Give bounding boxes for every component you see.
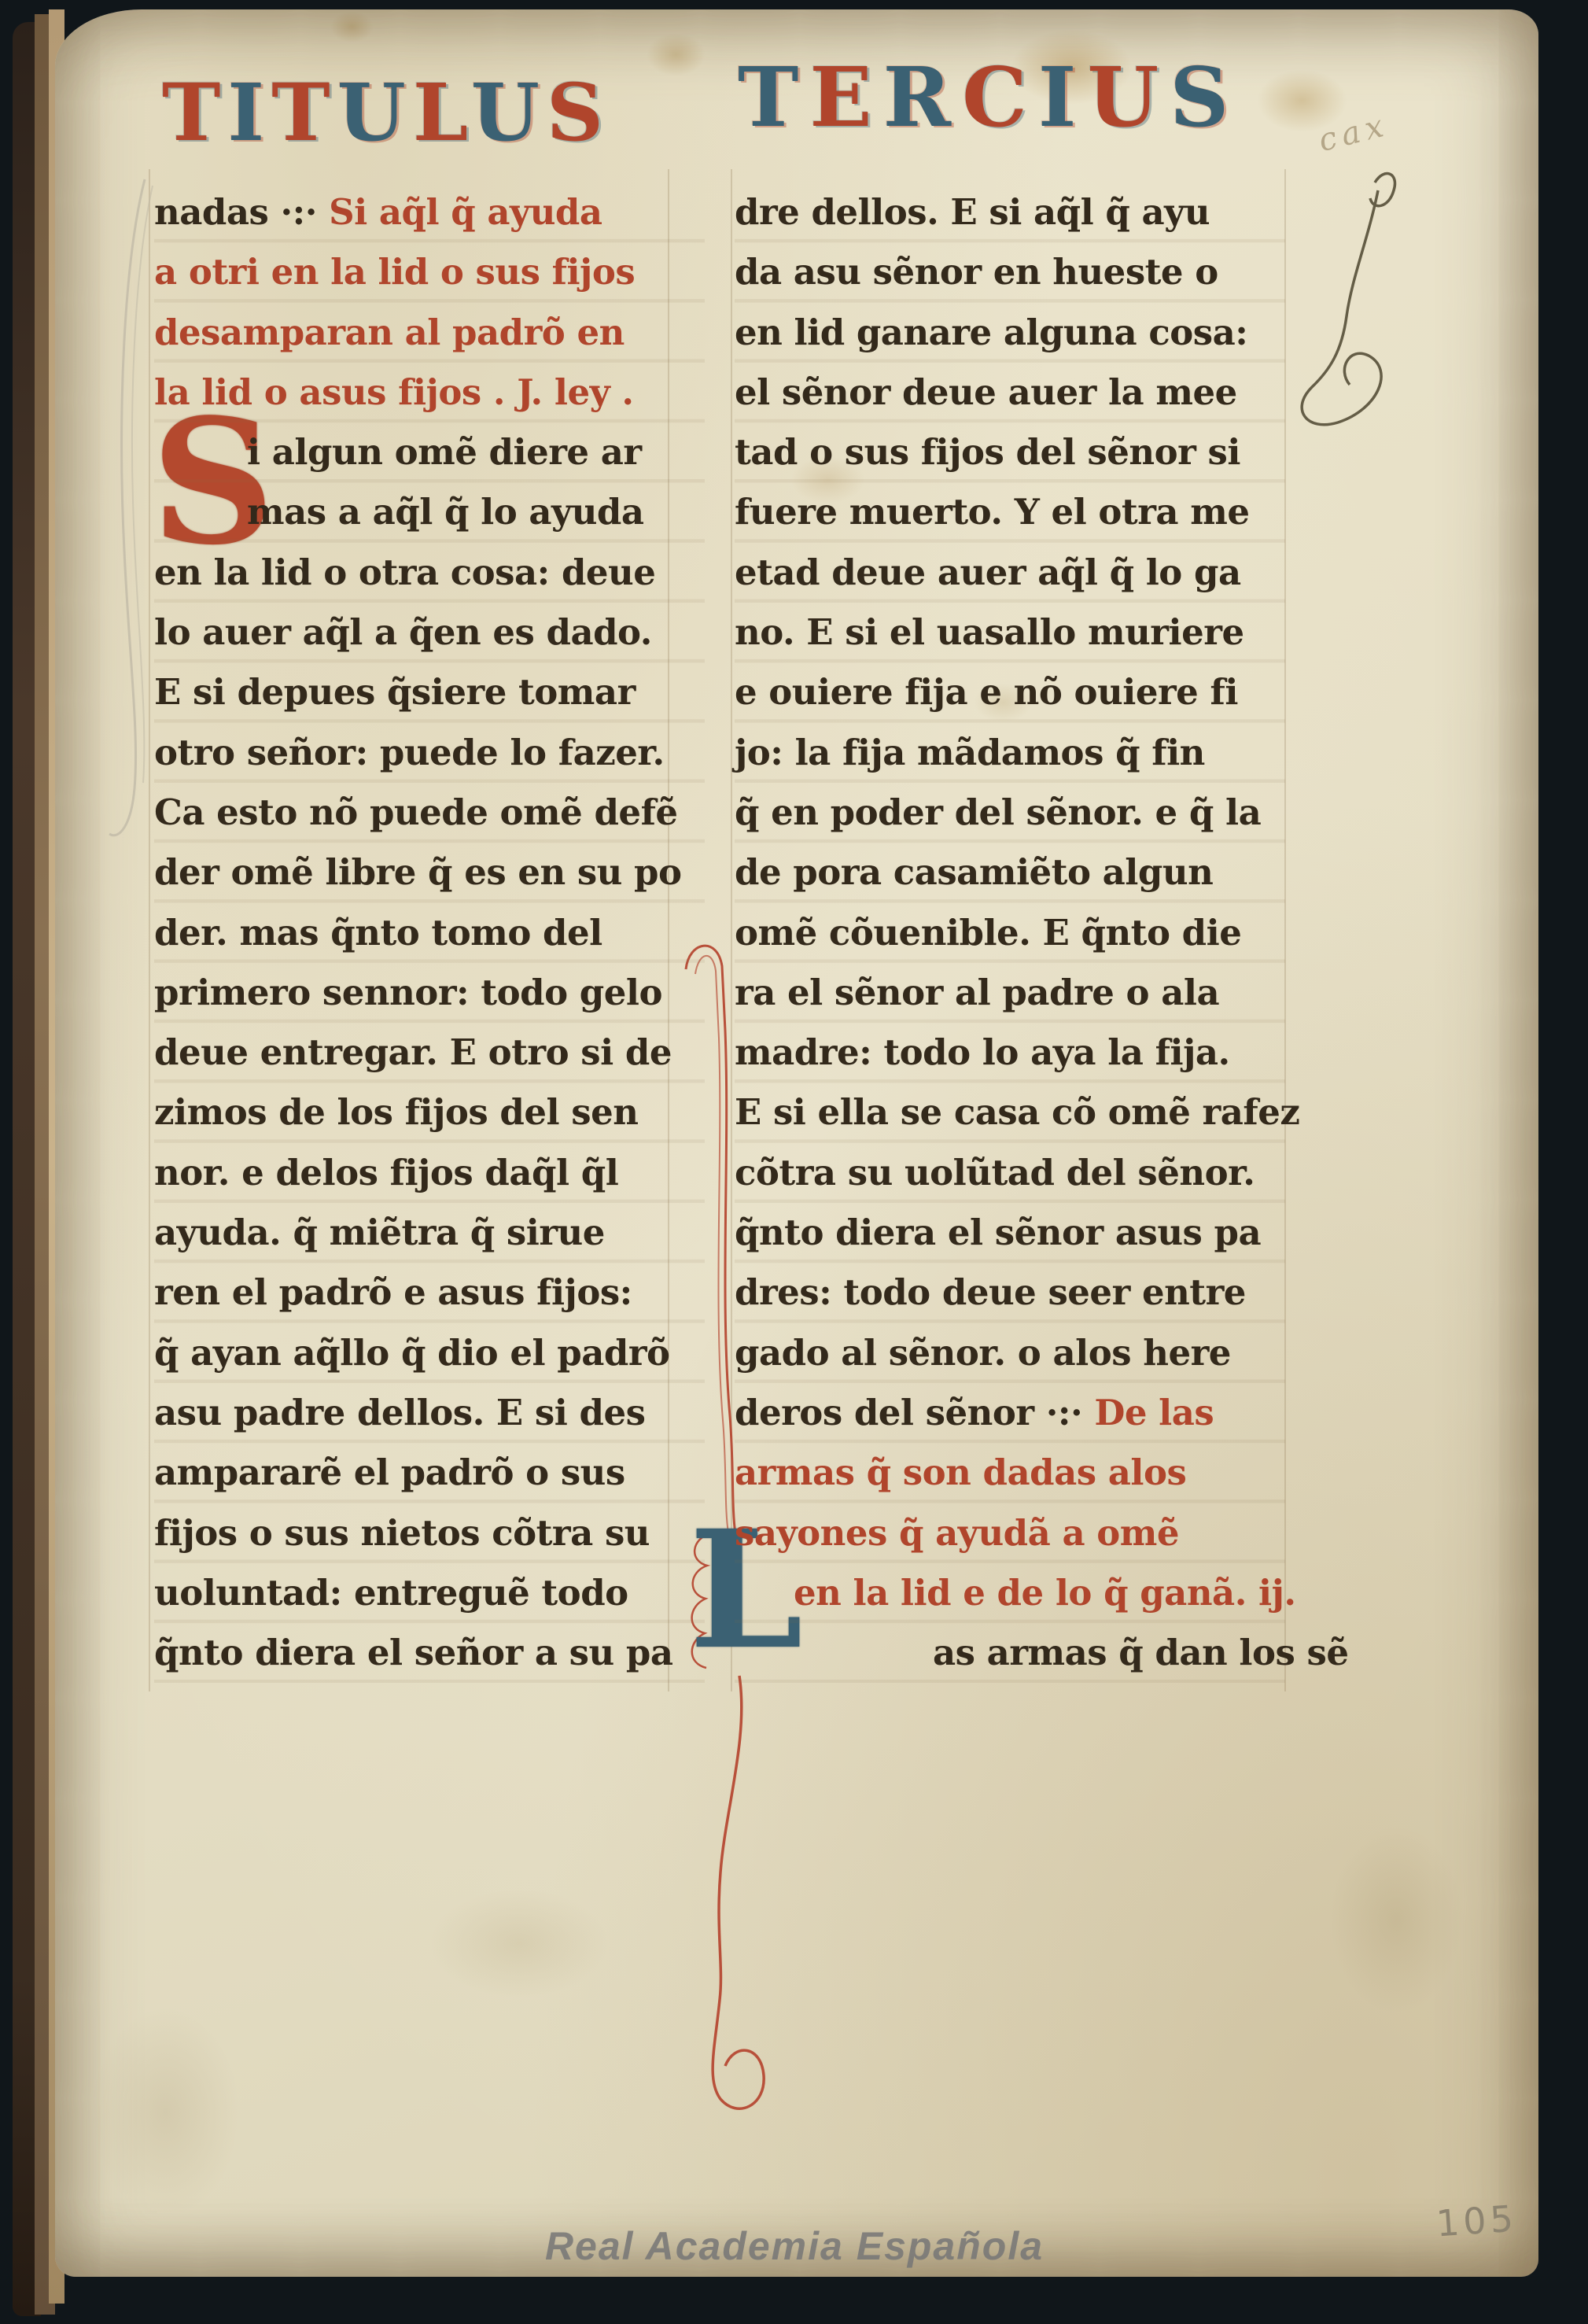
body-text: dre dellos. E si aq̃l q̃ ayu — [735, 191, 1210, 233]
body-text: ampararẽ el padrõ o sus — [154, 1452, 625, 1493]
body-text: e ouiere fija e nõ ouiere fi — [735, 671, 1238, 713]
running-title-left: TITULUS — [162, 66, 610, 159]
title-letter: S — [547, 66, 610, 159]
text-column-left: nadas ·:· Si aq̃l q̃ ayudaa otri en la l… — [154, 183, 705, 1683]
text-line: as armas q̃ dan los sẽ — [735, 1623, 1285, 1683]
text-line: otro señor: puede lo fazer. — [154, 723, 705, 783]
title-letter: T — [271, 66, 337, 159]
body-text: q̃ en poder del sẽnor. e q̃ la — [735, 791, 1261, 833]
body-text: primero sennor: todo gelo — [154, 972, 662, 1013]
running-title-right: TERCIUS — [738, 49, 1240, 146]
text-line: primero sennor: todo gelo — [154, 963, 705, 1023]
text-column-right: dre dellos. E si aq̃l q̃ ayuda asu sẽnor… — [735, 183, 1285, 1683]
text-line: der. mas q̃nto tomo del — [154, 903, 705, 963]
title-letter: S — [1170, 49, 1240, 146]
text-line: omẽ cõuenible. E q̃nto die — [735, 903, 1285, 963]
body-text: zimos de los fijos del sen — [154, 1091, 638, 1133]
body-text: der omẽ libre q̃ es en su po — [154, 851, 682, 893]
text-line: q̃ ayan aq̃llo q̃ dio el padrõ — [154, 1323, 705, 1383]
text-line: sayones q̃ ayudã a omẽ — [735, 1503, 1285, 1563]
text-line: etad deue auer aq̃l q̃ lo ga — [735, 543, 1285, 603]
rubric-text: De las — [1094, 1392, 1214, 1433]
body-text: q̃nto diera el señor a su pa — [154, 1632, 673, 1673]
title-letter: I — [1038, 49, 1088, 146]
title-letter: E — [809, 49, 882, 146]
title-letter: U — [1088, 49, 1170, 146]
text-line: ampararẽ el padrõ o sus — [154, 1443, 705, 1503]
title-letter: C — [962, 49, 1038, 146]
text-line: da asu sẽnor en hueste o — [735, 242, 1285, 302]
rubric-text: la lid o asus fijos . J. ley . — [154, 371, 634, 413]
body-text: de pora casamiẽto algun — [735, 851, 1213, 893]
text-line: tad o sus fijos del sẽnor si — [735, 422, 1285, 482]
body-text: omẽ cõuenible. E q̃nto die — [735, 912, 1241, 954]
text-line: a otri en la lid o sus fijos — [154, 242, 705, 302]
body-text: E si depues q̃siere tomar — [154, 671, 636, 713]
body-text: E si ella se casa cõ omẽ rafez — [735, 1091, 1299, 1133]
rubric-text: a otri en la lid o sus fijos — [154, 251, 635, 293]
text-line: mas a aq̃l q̃ lo ayuda — [154, 482, 705, 542]
text-line: de pora casamiẽto algun — [735, 843, 1285, 902]
body-text: uoluntad: entreguẽ todo — [154, 1572, 628, 1614]
body-text: en lid ganare alguna cosa: — [735, 312, 1247, 353]
body-text: mas a aq̃l q̃ lo ayuda — [247, 491, 644, 533]
body-text: madre: todo lo aya la fija. — [735, 1031, 1230, 1073]
body-text: jo: la fija mãdamos q̃ fin — [735, 732, 1205, 773]
text-line: dres: todo deue seer entre — [735, 1263, 1285, 1322]
text-line: deue entregar. E otro si de — [154, 1023, 705, 1083]
text-line: fijos o sus nietos cõtra su — [154, 1503, 705, 1563]
body-text: tad o sus fijos del sẽnor si — [735, 431, 1240, 473]
body-text: ren el padrõ e asus fijos: — [154, 1271, 632, 1313]
body-text: gado al sẽnor. o alos here — [735, 1332, 1231, 1374]
watermark: Real Academia Española — [488, 2223, 1101, 2269]
text-line: i algun omẽ diere ar — [154, 422, 705, 482]
body-text: q̃ ayan aq̃llo q̃ dio el padrõ — [154, 1332, 670, 1374]
body-text: fuere muerto. Y el otra me — [735, 491, 1250, 533]
body-text: ra el sẽnor al padre o ala — [735, 972, 1219, 1013]
body-text: da asu sẽnor en hueste o — [735, 251, 1218, 293]
text-line: q̃nto diera el señor a su pa — [154, 1623, 705, 1683]
body-text: i algun omẽ diere ar — [247, 431, 642, 473]
text-line: armas q̃ son dadas alos — [735, 1443, 1285, 1503]
text-line: gado al sẽnor. o alos here — [735, 1323, 1285, 1383]
body-text: der. mas q̃nto tomo del — [154, 912, 602, 954]
body-text: cõtra su uolũtad del sẽnor. — [735, 1152, 1255, 1193]
title-letter: U — [471, 66, 547, 159]
rubric-text: desamparan al padrõ en — [154, 312, 625, 353]
body-text: as armas q̃ dan los sẽ — [933, 1632, 1349, 1673]
text-line: ren el padrõ e asus fijos: — [154, 1263, 705, 1322]
manuscript-photo: TITULUS TERCIUS S L nadas ·:· Si aq̃l q̃… — [0, 0, 1588, 2324]
title-letter: U — [337, 66, 413, 159]
text-line: ra el sẽnor al padre o ala — [735, 963, 1285, 1023]
text-line: cõtra su uolũtad del sẽnor. — [735, 1143, 1285, 1203]
text-line: desamparan al padrõ en — [154, 303, 705, 363]
title-letter: I — [227, 66, 271, 159]
body-text: no. E si el uasallo muriere — [735, 611, 1244, 653]
text-line: madre: todo lo aya la fija. — [735, 1023, 1285, 1083]
text-line: asu padre dellos. E si des — [154, 1383, 705, 1443]
rubric-text: sayones q̃ ayudã a omẽ — [735, 1512, 1179, 1554]
body-text: q̃nto diera el sẽnor asus pa — [735, 1212, 1261, 1253]
text-line: ayuda. q̃ miẽtra q̃ sirue — [154, 1203, 705, 1263]
text-line: la lid o asus fijos . J. ley . — [154, 363, 705, 422]
text-line: q̃ en poder del sẽnor. e q̃ la — [735, 783, 1285, 843]
text-line: q̃nto diera el sẽnor asus pa — [735, 1203, 1285, 1263]
title-letter: L — [413, 66, 471, 159]
body-text: nor. e delos fijos daq̃l q̃l — [154, 1152, 618, 1193]
title-letter: T — [738, 49, 809, 146]
text-line: deros del sẽnor ·:· De las — [735, 1383, 1285, 1443]
text-line: E si depues q̃siere tomar — [154, 662, 705, 722]
body-text: dres: todo deue seer entre — [735, 1271, 1246, 1313]
body-text: deue entregar. E otro si de — [154, 1031, 672, 1073]
title-letter: R — [883, 49, 962, 146]
text-line: e ouiere fija e nõ ouiere fi — [735, 662, 1285, 722]
body-text: nadas ·:· — [154, 191, 329, 233]
text-line: dre dellos. E si aq̃l q̃ ayu — [735, 183, 1285, 242]
body-text: asu padre dellos. E si des — [154, 1392, 645, 1433]
rubric-text: en la lid e de lo q̃ ganã. ij. — [794, 1572, 1296, 1614]
body-text: el sẽnor deue auer la mee — [735, 371, 1237, 413]
body-text: etad deue auer aq̃l q̃ lo ga — [735, 551, 1241, 593]
body-text: fijos o sus nietos cõtra su — [154, 1512, 650, 1554]
body-text: deros del sẽnor ·:· — [735, 1392, 1094, 1433]
rubric-text: Si aq̃l q̃ ayuda — [329, 191, 602, 233]
body-text: otro señor: puede lo fazer. — [154, 732, 665, 773]
body-text: lo auer aq̃l a q̃en es dado. — [154, 611, 652, 653]
text-line: E si ella se casa cõ omẽ rafez — [735, 1083, 1285, 1142]
text-line: jo: la fija mãdamos q̃ fin — [735, 723, 1285, 783]
text-line: el sẽnor deue auer la mee — [735, 363, 1285, 422]
text-line: en la lid e de lo q̃ ganã. ij. — [735, 1563, 1285, 1623]
text-line: nadas ·:· Si aq̃l q̃ ayuda — [154, 183, 705, 242]
text-line: der omẽ libre q̃ es en su po — [154, 843, 705, 902]
title-letter: T — [162, 66, 227, 159]
rubric-text: armas q̃ son dadas alos — [735, 1452, 1186, 1493]
text-line: en lid ganare alguna cosa: — [735, 303, 1285, 363]
body-text: ayuda. q̃ miẽtra q̃ sirue — [154, 1212, 605, 1253]
text-line: zimos de los fijos del sen — [154, 1083, 705, 1142]
text-line: en la lid o otra cosa: deue — [154, 543, 705, 603]
text-line: lo auer aq̃l a q̃en es dado. — [154, 603, 705, 662]
body-text: en la lid o otra cosa: deue — [154, 551, 655, 593]
folio-number: 105 — [1435, 2197, 1518, 2245]
text-line: nor. e delos fijos daq̃l q̃l — [154, 1143, 705, 1203]
text-line: fuere muerto. Y el otra me — [735, 482, 1285, 542]
text-line: uoluntad: entreguẽ todo — [154, 1563, 705, 1623]
text-line: Ca esto nõ puede omẽ defẽ — [154, 783, 705, 843]
text-line: no. E si el uasallo muriere — [735, 603, 1285, 662]
body-text: Ca esto nõ puede omẽ defẽ — [154, 791, 678, 833]
